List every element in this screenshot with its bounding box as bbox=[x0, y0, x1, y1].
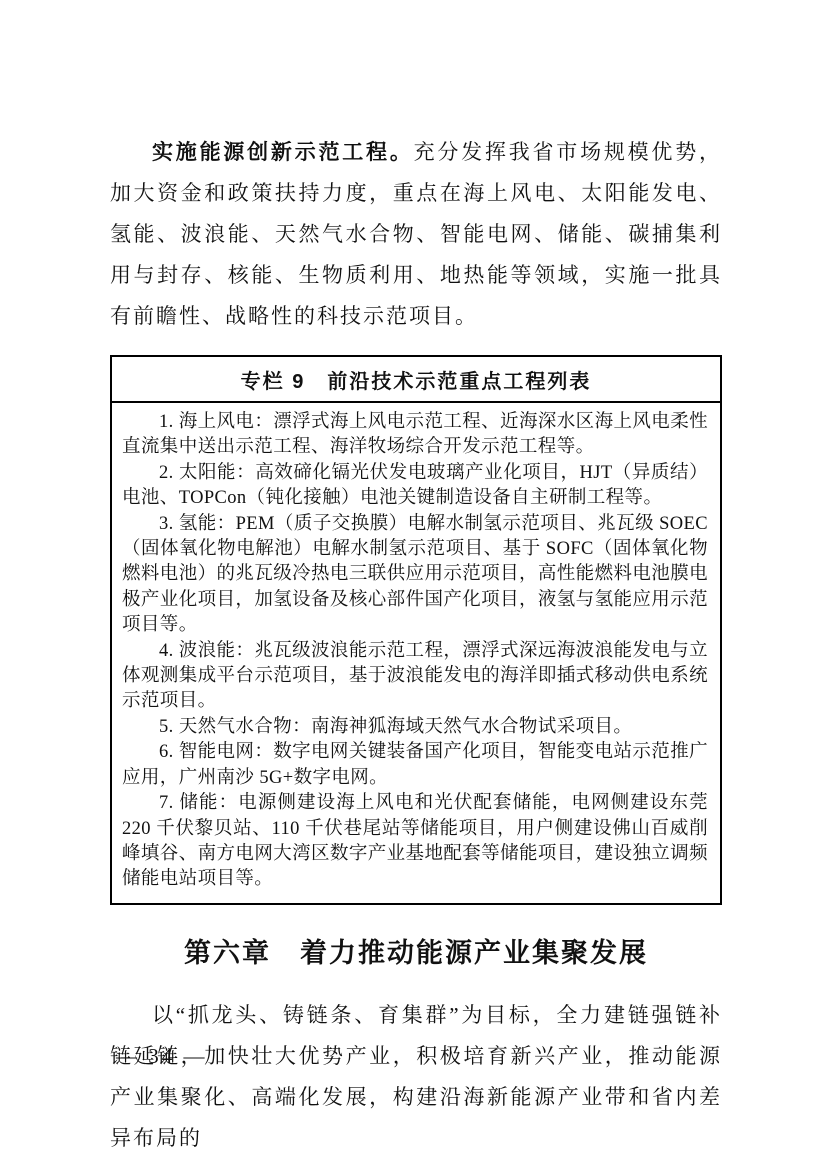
box-item-hydrogen: 3. 氢能：PEM（质子交换膜）电解水制氢示范项目、兆瓦级 SOEC（固体氧化物… bbox=[122, 512, 708, 639]
column-9-box-title: 专栏 9 前沿技术示范重点工程列表 bbox=[112, 357, 720, 403]
box-item-solar: 2. 太阳能：高效碲化镉光伏发电玻璃产业化项目，HJT（异质结）电池、TOPCo… bbox=[122, 461, 708, 512]
document-page: 实施能源创新示范工程。充分发挥我省市场规模优势，加大资金和政策扶持力度，重点在海… bbox=[0, 0, 826, 1169]
paragraph-industry-cluster: 以“抓龙头、铸链条、育集群”为目标，全力建链强链补链延链，加快壮大优势产业，积极… bbox=[110, 995, 722, 1159]
box-item-gas-hydrate: 5. 天然气水合物：南海神狐海域天然气水合物试采项目。 bbox=[122, 715, 708, 740]
box-item-wave-energy: 4. 波浪能：兆瓦级波浪能示范工程，漂浮式深远海波浪能发电与立体观测集成平台示范… bbox=[122, 639, 708, 715]
column-9-box: 专栏 9 前沿技术示范重点工程列表 1. 海上风电：漂浮式海上风电示范工程、近海… bbox=[110, 355, 722, 905]
paragraph-innovation-demo: 实施能源创新示范工程。充分发挥我省市场规模优势，加大资金和政策扶持力度，重点在海… bbox=[110, 132, 722, 337]
paragraph-lead-rest: 充分发挥我省市场规模优势，加大资金和政策扶持力度，重点在海上风电、太阳能发电、氢… bbox=[110, 140, 722, 328]
box-item-smart-grid: 6. 智能电网：数字电网关键装备国产化项目，智能变电站示范推广应用，广州南沙 5… bbox=[122, 740, 708, 791]
page-number: — 34 — bbox=[116, 1044, 208, 1069]
box-item-energy-storage: 7. 储能：电源侧建设海上风电和光伏配套储能，电网侧建设东莞 220 千伏黎贝站… bbox=[122, 791, 708, 893]
paragraph-lead-bold: 实施能源创新示范工程。 bbox=[152, 140, 414, 164]
chapter-6-heading: 第六章 着力推动能源产业集聚发展 bbox=[110, 931, 722, 970]
box-item-offshore-wind: 1. 海上风电：漂浮式海上风电示范工程、近海深水区海上风电柔性直流集中送出示范工… bbox=[122, 410, 708, 461]
column-9-box-body: 1. 海上风电：漂浮式海上风电示范工程、近海深水区海上风电柔性直流集中送出示范工… bbox=[112, 403, 720, 903]
